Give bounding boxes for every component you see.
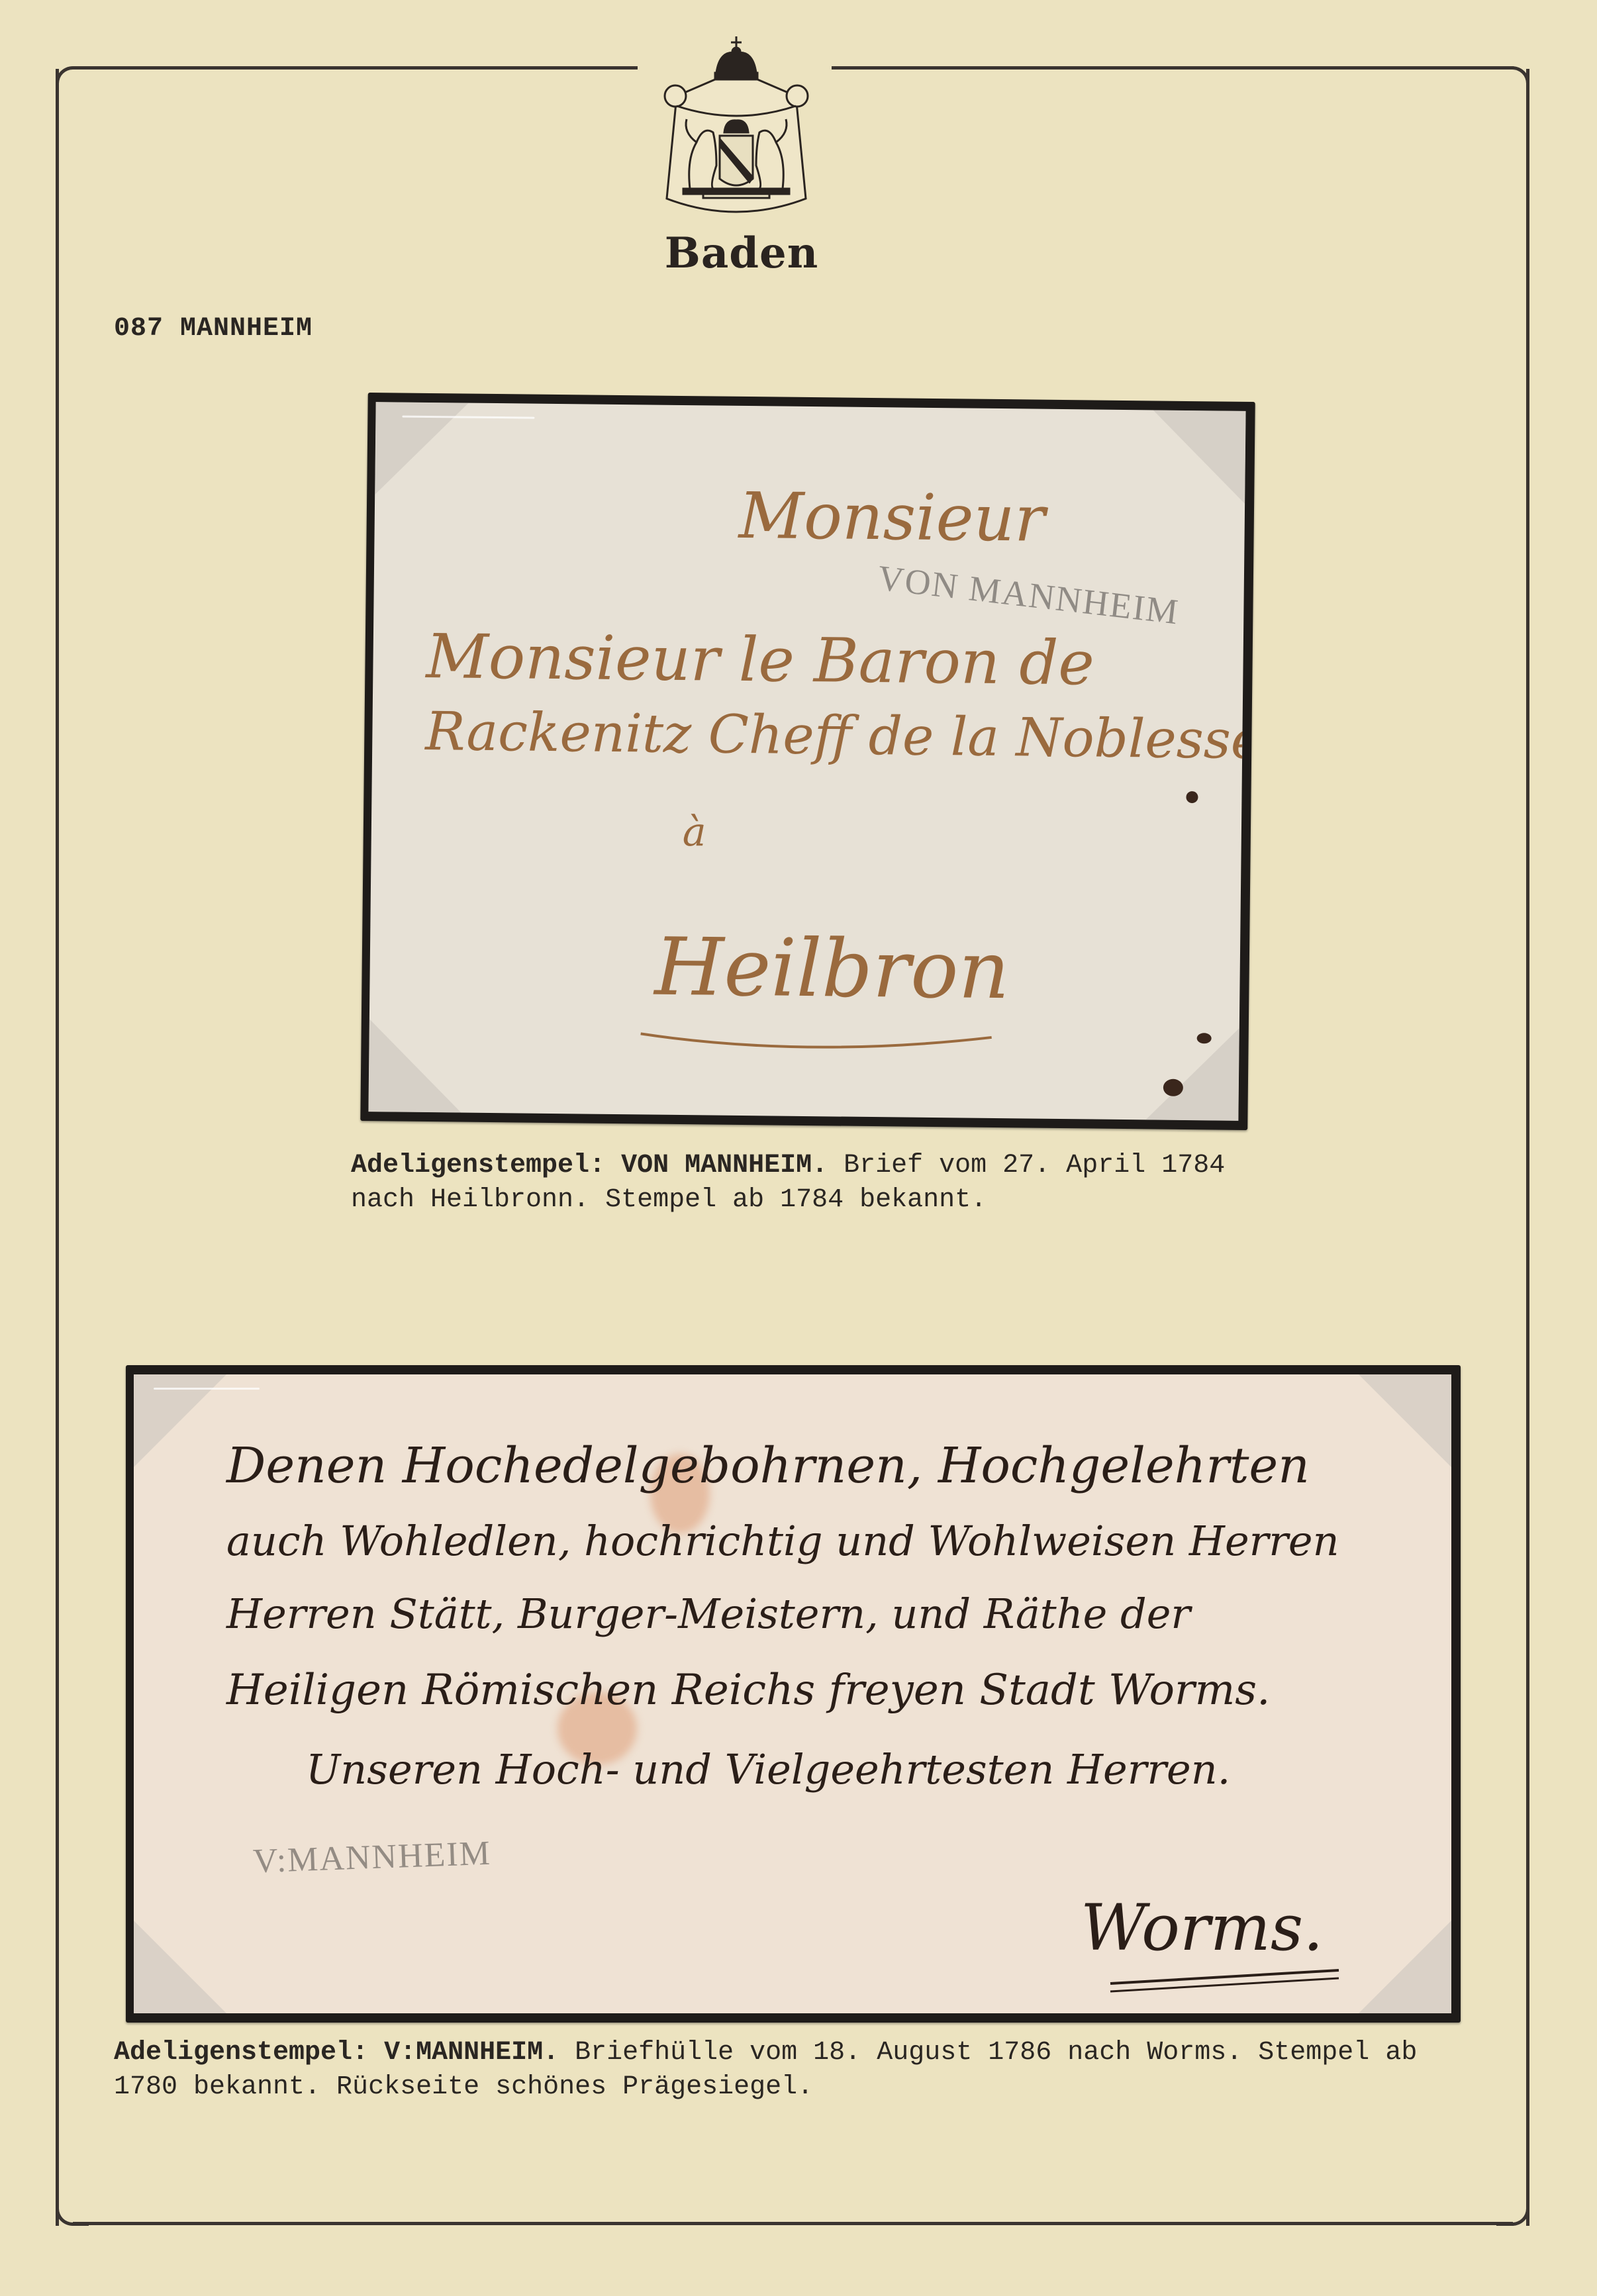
letter-line: auch Wohledlen, hochrichtig und Wohlweis… [226,1517,1339,1565]
letter-1-cover: Monsieur VON MANNHEIM Monsieur le Baron … [368,402,1245,1121]
caption-bold: Adeligenstempel: V:MANNHEIM. [114,2038,559,2068]
double-underline [1107,1964,1345,1997]
frame-corner [1496,2193,1529,2226]
page-frame-top-right [832,66,1514,70]
letter-line: Denen Hochedelgebohrnen, Hochgelehrten [226,1437,1310,1494]
flourish-underline [634,1020,1005,1064]
postmark-stamp: VON MANNHEIM [876,557,1182,632]
mount-corner [1145,1027,1239,1120]
postmark-stamp: V:MANNHEIM [252,1834,492,1882]
mount-corner [134,1921,226,2013]
letter-line: Worms. [1081,1891,1324,1965]
letter-line: Heilbron [654,922,1010,1018]
mount-corner [1359,1921,1451,2013]
ink-blot [1163,1079,1183,1096]
page-frame-left [56,69,59,2226]
baden-coat-of-arms-icon [650,26,822,225]
letter-line: à [683,809,707,855]
page-frame-top-left [73,66,638,70]
region-title: Baden [662,228,821,278]
letter-line: Heiligen Römischen Reichs freyen Stadt W… [226,1666,1270,1715]
letter-mount-2: Denen Hochedelgebohrnen, Hochgelehrten a… [126,1365,1461,2023]
letter-line: Unseren Hoch- und Vielgeehrtesten Herren… [306,1745,1230,1794]
page-frame-bottom [73,2222,1513,2225]
ink-blot [1197,1033,1212,1043]
mount-corner [368,1019,461,1112]
frame-corner [56,66,89,99]
mount-corner [1152,410,1245,503]
letter-line: Monsieur le Baron de [426,621,1094,699]
caption-letter-1: Adeligenstempel: VON MANNHEIM. Brief vom… [351,1149,1265,1218]
letter-line: Monsieur [738,479,1045,556]
mount-shine [154,1388,260,1390]
letter-2-cover: Denen Hochedelgebohrnen, Hochgelehrten a… [134,1374,1451,2013]
letter-line: Herren Stätt, Burger-Meistern, und Räthe… [226,1590,1190,1638]
frame-corner [56,2193,89,2226]
caption-letter-2: Adeligenstempel: V:MANNHEIM. Briefhülle … [114,2036,1438,2105]
letter-line: Rackenitz Cheff de la Noblesse [425,700,1246,771]
mount-corner [1359,1374,1451,1467]
page-frame-right [1526,69,1529,2226]
letter-mount-1: Monsieur VON MANNHEIM Monsieur le Baron … [360,393,1255,1130]
ink-blot [1186,791,1198,803]
caption-bold: Adeligenstempel: VON MANNHEIM. [351,1151,828,1180]
frame-corner [1496,66,1529,99]
section-heading: 087 MANNHEIM [114,314,313,344]
